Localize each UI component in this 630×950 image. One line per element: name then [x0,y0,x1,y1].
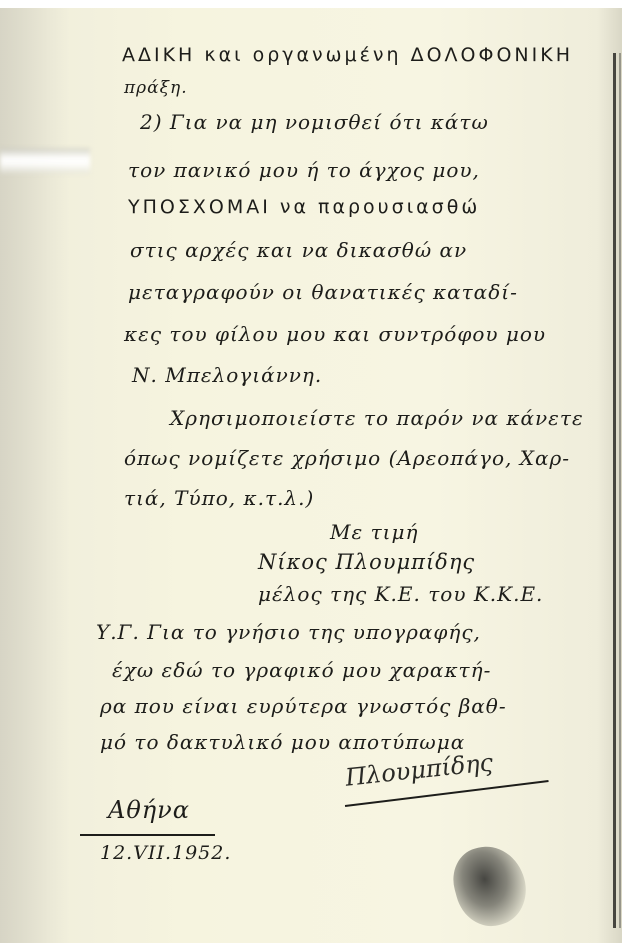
letter-line: στις αρχές και να δικασθώ αν [130,238,467,262]
postscript-line: έχω εδώ το γραφικό μου χαρακτή- [112,658,491,682]
scanned-letter-page: ΑΔΙΚΗ και οργανωμένη ΔΟΛΟΦΟΝΙΚΗ πράξη. 2… [0,8,622,943]
closing-salutation: Με τιμή [330,520,418,544]
signatory-title: μέλος της Κ.Ε. του Κ.Κ.Ε. [258,582,543,606]
postscript-line: ρα που είναι ευρύτερα γνωστός βαθ- [100,694,507,718]
place: Αθήνα [108,796,190,824]
letter-line: τιά, Τύπο, κ.τ.λ.) [124,486,314,510]
letter-line: 2) Για να μη νομισθεί ότι κάτω [140,110,489,134]
letter-line: τον πανικό μου ή το άγχος μου, [128,158,480,182]
postscript-line: Υ.Γ. Για το γνήσιο της υπογραφής, [96,620,481,644]
letter-line: Ν. Μπελογιάννη. [132,363,322,387]
letter-line: ΑΔΙΚΗ και οργανωμένη ΔΟΛΟΦΟΝΙΚΗ [122,44,573,66]
signatory-name: Νίκος Πλουμπίδης [258,550,475,574]
letter-line: όπως νομίζετε χρήσιμο (Αρεοπάγο, Χαρ- [124,446,570,470]
letter-line: πράξη. [124,78,188,98]
letter-line: κες του φίλου μου και συντρόφου μου [124,322,546,346]
fingerprint-mark [446,838,534,933]
page-edge-border [613,53,616,928]
letter-line: ΥΠΟΣΧΟΜΑΙ να παρουσιασθώ [128,196,480,218]
page-edge-border-outer [619,53,621,928]
handwritten-signature: Πλουμπίδης [344,748,494,791]
scan-glare [0,148,90,174]
letter-line: μεταγραφούν οι θανατικές καταδί- [128,280,518,304]
place-underline [80,834,215,836]
postscript-line: μό το δακτυλικό μου αποτύπωμα [100,730,465,754]
letter-line: Χρησιμοποιείστε το παρόν να κάνετε [170,406,584,430]
date: 12.VII.1952. [100,842,231,864]
